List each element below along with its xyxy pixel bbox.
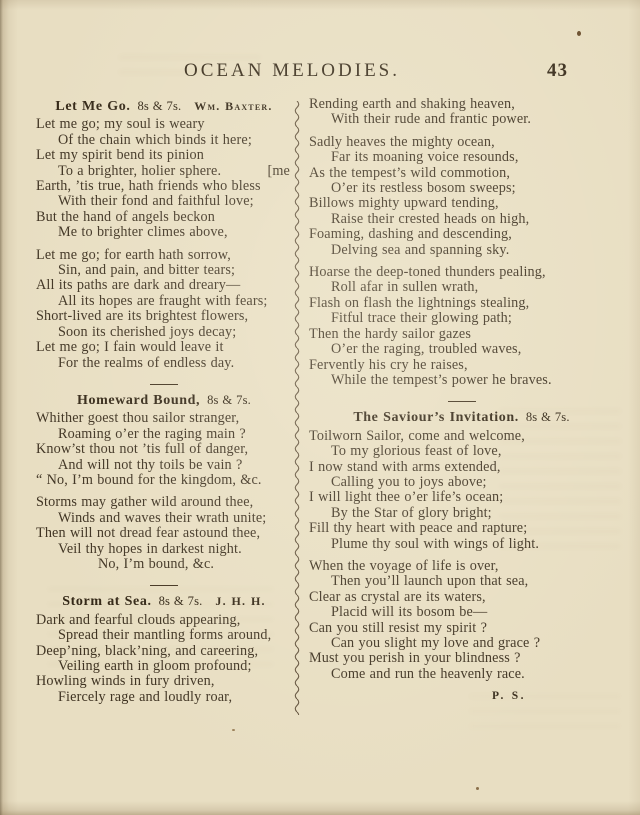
stanza: Sadly heaves the mighty ocean,Far its mo…	[309, 135, 614, 258]
verse-line: To a brighter, holier sphere.[me	[36, 164, 292, 179]
ink-speck	[232, 729, 235, 731]
verse-line: Deep’ning, black’ning, and careering,	[36, 644, 292, 659]
song-heading: Homeward Bound,8s & 7s.	[36, 393, 292, 408]
verse-line: Dark and fearful clouds appearing,	[36, 613, 292, 628]
song-author: Wm. Baxter.	[194, 99, 272, 113]
verse-line: Can you slight my love and grace ?	[309, 636, 614, 651]
song-title: Storm at Sea.	[62, 594, 151, 609]
song-meter: 8s & 7s.	[526, 410, 570, 424]
section-rule	[309, 395, 614, 408]
verse-line: Hoarse the deep-toned thunders pealing,	[309, 265, 614, 280]
verse-line: Then you’ll launch upon that sea,	[309, 574, 614, 589]
rule-line	[150, 585, 178, 586]
verse-line: For the realms of endless day.	[36, 356, 292, 371]
stanza: Let me go; my soul is wearyOf the chain …	[36, 117, 292, 240]
verse-line: I now stand with arms extended,	[309, 460, 614, 475]
song-heading: Storm at Sea.8s & 7s.J. H. H.	[36, 594, 292, 609]
verse-line: Let me go; for earth hath sorrow,	[36, 248, 292, 263]
verse-line: And will not thy toils be vain ?	[36, 458, 292, 473]
stanza: When the voyage of life is over,Then you…	[309, 559, 614, 682]
verse-line: While the tempest’s power he braves.	[309, 373, 614, 388]
verse-line: Far its moaning voice resounds,	[309, 150, 614, 165]
stanza: Let me go; for earth hath sorrow,Sin, an…	[36, 248, 292, 371]
verse-line: Soon its cherished joys decay;	[36, 325, 292, 340]
verse-line: Of the chain which binds it here;	[36, 133, 292, 148]
signature-initials: P. S.	[309, 689, 614, 704]
verse-line: Can you still resist my spirit ?	[309, 621, 614, 636]
catchword: [me	[267, 164, 290, 179]
left-column: Let Me Go.8s & 7s.Wm. Baxter.Let me go; …	[36, 97, 292, 712]
rule-line	[448, 401, 476, 402]
verse-line: Rending earth and shaking heaven,	[309, 97, 614, 112]
stanza: Storms may gather wild around thee,Winds…	[36, 495, 292, 572]
verse-line: Earth, ’tis true, hath friends who bless	[36, 179, 292, 194]
verse-line: Delving sea and spanning sky.	[309, 243, 614, 258]
verse-line: Flash on flash the lightnings stealing,	[309, 296, 614, 311]
verse-line: Come and run the heavenly race.	[309, 667, 614, 682]
song-meter: 8s & 7s.	[207, 393, 251, 407]
verse-line: Calling you to joys above;	[309, 475, 614, 490]
song-heading: Let Me Go.8s & 7s.Wm. Baxter.	[36, 99, 292, 114]
verse-line: Me to brighter climes above,	[36, 225, 292, 240]
verse-line: Let my spirit bend its pinion	[36, 148, 292, 163]
verse-line: Plume thy soul with wings of light.	[309, 537, 614, 552]
stanza: Rending earth and shaking heaven,With th…	[309, 97, 614, 128]
verse-line: “ No, I’m bound for the kingdom, &c.	[36, 473, 292, 488]
verse-line: Know’st thou not ’tis full of danger,	[36, 442, 292, 457]
verse-line: Sadly heaves the mighty ocean,	[309, 135, 614, 150]
page-number: 43	[547, 60, 568, 82]
verse-line: Veiling earth in gloom profound;	[36, 659, 292, 674]
ink-speck	[476, 787, 479, 790]
verse-line: With their fond and faithful love;	[36, 194, 292, 209]
section-rule	[36, 378, 292, 391]
song-author: J. H. H.	[215, 594, 265, 608]
verse-line: Toilworn Sailor, come and welcome,	[309, 429, 614, 444]
song-title: Homeward Bound,	[77, 393, 200, 408]
verse-line: Winds and waves their wrath unite;	[36, 511, 292, 526]
verse-line: Roaming o’er the raging main ?	[36, 427, 292, 442]
verse-line: With their rude and frantic power.	[309, 112, 614, 127]
verse-line: All its paths are dark and dreary—	[36, 278, 292, 293]
song-meter: 8s & 7s.	[137, 99, 181, 113]
verse-line: Storms may gather wild around thee,	[36, 495, 292, 510]
verse-line: Must you perish in your blindness ?	[309, 651, 614, 666]
verse-line: Then the hardy sailor gazes	[309, 327, 614, 342]
verse-line: Spread their mantling forms around,	[36, 628, 292, 643]
song-title: The Saviour’s Invitation.	[353, 410, 518, 425]
verse-line: I will light thee o’er life’s ocean;	[309, 490, 614, 505]
stanza: Dark and fearful clouds appearing,Spread…	[36, 613, 292, 705]
verse-line: Veil thy hopes in darkest night.	[36, 542, 292, 557]
verse-line: By the Star of glory bright;	[309, 506, 614, 521]
ink-speck	[577, 31, 581, 36]
verse-line: All its hopes are fraught with fears;	[36, 294, 292, 309]
song-heading: The Saviour’s Invitation.8s & 7s.	[309, 410, 614, 425]
verse-line: Whither goest thou sailor stranger,	[36, 411, 292, 426]
verse-line: Fervently his cry he raises,	[309, 358, 614, 373]
stanza: Hoarse the deep-toned thunders pealing,R…	[309, 265, 614, 388]
verse-line: Raise their crested heads on high,	[309, 212, 614, 227]
verse-line: Fill thy heart with peace and rapture;	[309, 521, 614, 536]
verse-line: To my glorious feast of love,	[309, 444, 614, 459]
verse-line: Let me go; I fain would leave it	[36, 340, 292, 355]
verse-line: When the voyage of life is over,	[309, 559, 614, 574]
verse-line: Billows mighty upward tending,	[309, 196, 614, 211]
verse-line: Then will not dread fear astound thee,	[36, 526, 292, 541]
stanza: Whither goest thou sailor stranger,Roami…	[36, 411, 292, 488]
verse-line: Roll afar in sullen wrath,	[309, 280, 614, 295]
verse-line: Placid will its bosom be—	[309, 605, 614, 620]
verse-line: Foaming, dashing and descending,	[309, 227, 614, 242]
song-meter: 8s & 7s.	[159, 594, 203, 608]
verse-line: Let me go; my soul is weary	[36, 117, 292, 132]
verse-line: Sin, and pain, and bitter tears;	[36, 263, 292, 278]
section-rule	[36, 579, 292, 592]
rule-line	[150, 384, 178, 385]
verse-line: O’er its restless bosom sweeps;	[309, 181, 614, 196]
verse-line: As the tempest’s wild commotion,	[309, 166, 614, 181]
verse-line: O’er the raging, troubled waves,	[309, 342, 614, 357]
page-body: Let Me Go.8s & 7s.Wm. Baxter.Let me go; …	[36, 97, 614, 715]
song-title: Let Me Go.	[55, 99, 130, 114]
verse-line: No, I’m bound, &c.	[36, 557, 292, 572]
stanza: Toilworn Sailor, come and welcome,To my …	[309, 429, 614, 552]
verse-line: Clear as crystal are its waters,	[309, 590, 614, 605]
verse-line: Howling winds in fury driven,	[36, 674, 292, 689]
right-column: Rending earth and shaking heaven,With th…	[302, 97, 614, 705]
verse-line: Fitful trace their glowing path;	[309, 311, 614, 326]
column-divider-squiggle	[292, 101, 302, 715]
verse-line: Fiercely rage and loudly roar,	[36, 690, 292, 705]
running-title: OCEAN MELODIES.	[0, 60, 612, 82]
verse-line: But the hand of angels beckon	[36, 210, 292, 225]
verse-line: Short-lived are its brightest flowers,	[36, 309, 292, 324]
